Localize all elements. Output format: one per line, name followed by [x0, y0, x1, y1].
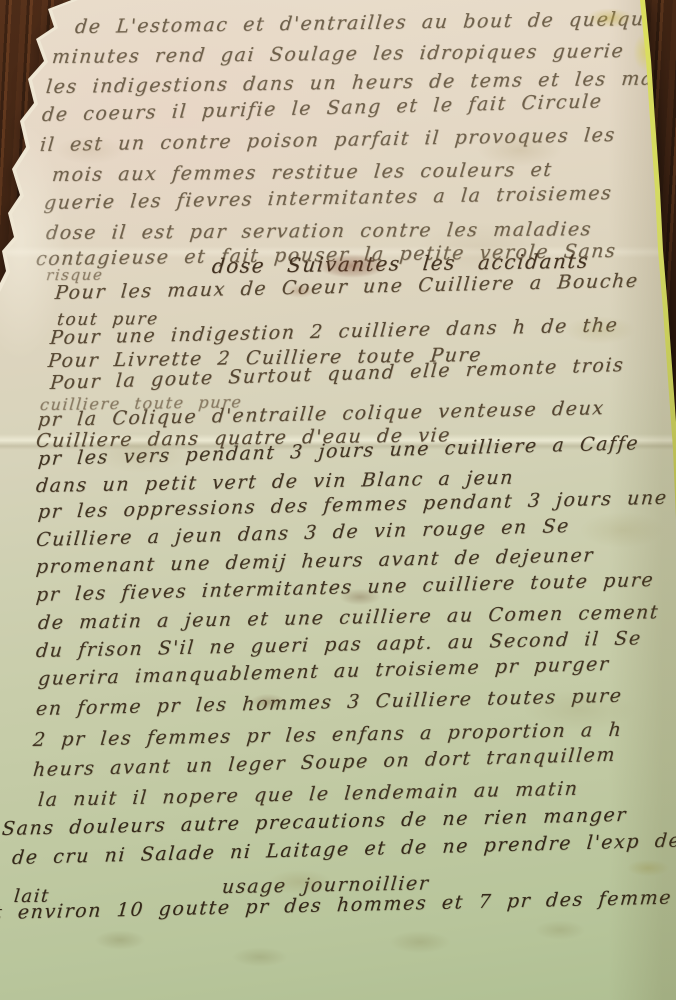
- manuscript-line: guerie les fievres intermitantes a la tr…: [43, 184, 613, 213]
- manuscript-line: de L'estomac et d'entrailles au bout de …: [74, 10, 670, 37]
- manuscript-line: minutes rend gai Soulage les idropiques …: [51, 42, 625, 67]
- paper-sheet: de L'estomac et d'entrailles au bout de …: [0, 0, 676, 1000]
- manuscript-line: de coeurs il purifie le Sang et le fait …: [41, 92, 603, 125]
- manuscript-line: mois aux femmes restitue les couleurs et: [51, 161, 553, 185]
- manuscript-line: heurs avant un leger Soupe on dort tranq…: [32, 746, 617, 780]
- manuscript-line: t environ 10 goutte pr des hommes et 7 p…: [0, 889, 673, 923]
- manuscript-line: la nuit il nopere que le lendemain au ma…: [37, 780, 579, 810]
- manuscript-photo: de L'estomac et d'entrailles au bout de …: [0, 0, 676, 1000]
- manuscript-line: en forme pr les hommes 3 Cuilliere toute…: [35, 687, 623, 719]
- manuscript-line: Cuilliere a jeun dans 3 de vin rouge en …: [35, 517, 570, 550]
- manuscript-line: dose il est par servation contre les mal…: [45, 220, 593, 243]
- manuscript-line: Pour les maux de Coeur une Cuilliere a B…: [54, 272, 639, 303]
- manuscript-line: il est un contre poison parfait il provo…: [39, 126, 616, 155]
